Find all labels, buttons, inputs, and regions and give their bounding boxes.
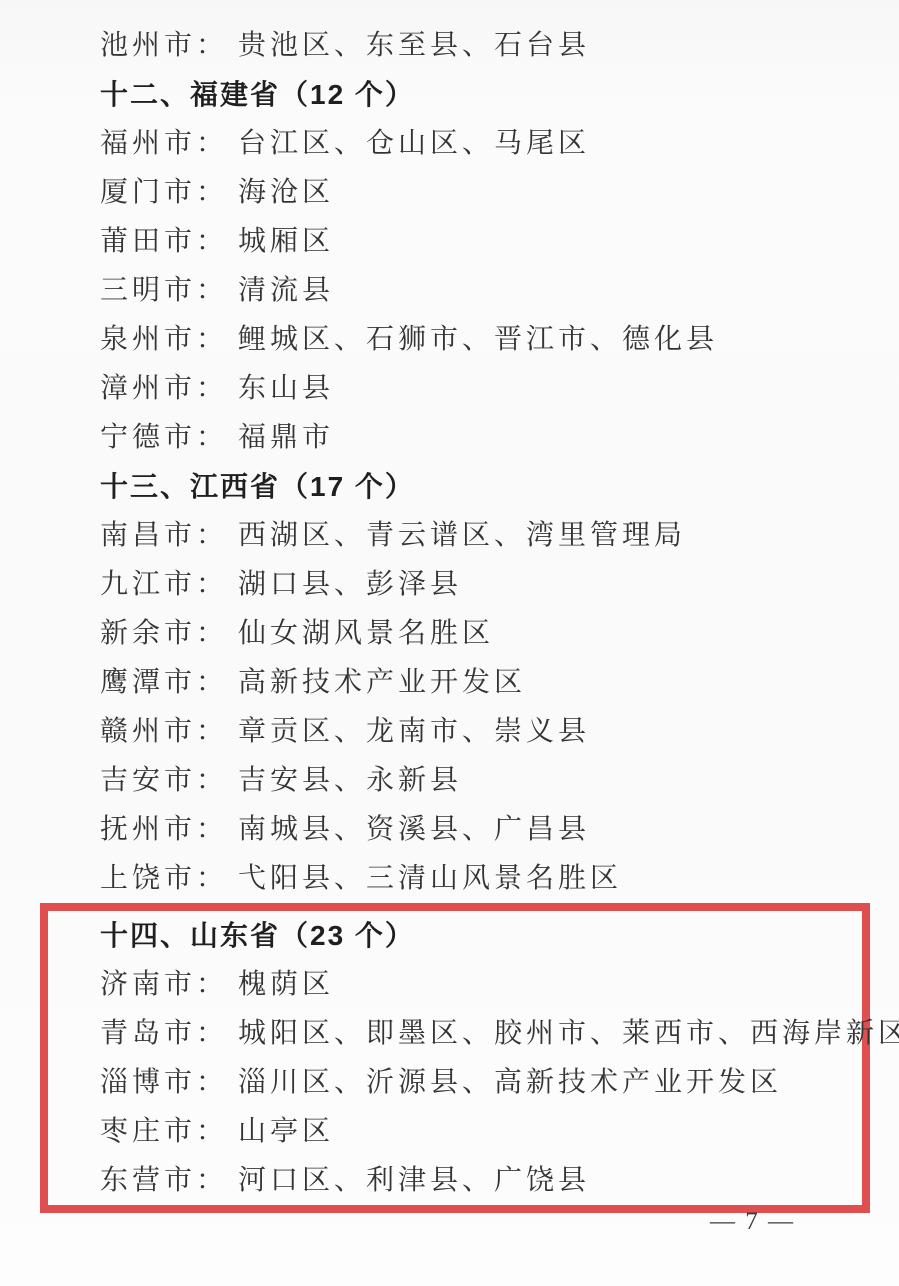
city-name: 东营市：: [100, 1165, 228, 1196]
district-list: 吉安县、永新县: [238, 765, 462, 796]
entry-line: 上饶市：弋阳县、三清山风景名胜区: [100, 854, 899, 903]
entry-line: 抚州市：南城县、资溪县、广昌县: [100, 805, 899, 854]
city-name: 三明市：: [100, 275, 228, 306]
scanned-document-page: 池州市：贵池区、东至县、石台县 十二、福建省（12 个） 福州市：台江区、仓山区…: [0, 0, 899, 1286]
entry-line: 济南市：槐荫区: [100, 960, 862, 1009]
district-list: 章贡区、龙南市、崇义县: [238, 716, 590, 747]
city-name: 青岛市：: [100, 1018, 228, 1049]
city-name: 池州市：: [100, 30, 228, 61]
city-name: 九江市：: [100, 569, 228, 600]
page-number: — 7 —: [710, 1208, 795, 1236]
entry-line: 莆田市：城厢区: [100, 217, 899, 266]
section-heading-fujian: 十二、福建省（12 个）: [100, 70, 899, 119]
city-name: 莆田市：: [100, 226, 228, 257]
entry-line: 泉州市：鲤城区、石狮市、晋江市、德化县: [100, 315, 899, 364]
district-list: 鲤城区、石狮市、晋江市、德化县: [238, 324, 718, 355]
district-list: 仙女湖风景名胜区: [238, 618, 494, 649]
city-name: 枣庄市：: [100, 1116, 228, 1147]
entry-line: 南昌市：西湖区、青云谱区、湾里管理局: [100, 511, 899, 560]
district-list: 湖口县、彭泽县: [238, 569, 462, 600]
entry-line: 宁德市：福鼎市: [100, 413, 899, 462]
red-highlight-box: 十四、山东省（23 个） 济南市：槐荫区 青岛市：城阳区、即墨区、胶州市、莱西市…: [40, 903, 870, 1213]
city-name: 南昌市：: [100, 520, 228, 551]
city-name: 厦门市：: [100, 177, 228, 208]
district-list: 南城县、资溪县、广昌县: [238, 814, 590, 845]
entry-line: 淄博市：淄川区、沂源县、高新技术产业开发区: [100, 1058, 862, 1107]
district-list: 清流县: [238, 275, 334, 306]
district-list: 贵池区、东至县、石台县: [238, 30, 590, 61]
district-list: 高新技术产业开发区: [238, 667, 526, 698]
district-list: 山亭区: [238, 1116, 334, 1147]
entry-line: 厦门市：海沧区: [100, 168, 899, 217]
city-name: 福州市：: [100, 128, 228, 159]
city-name: 赣州市：: [100, 716, 228, 747]
document-content: 池州市：贵池区、东至县、石台县 十二、福建省（12 个） 福州市：台江区、仓山区…: [0, 0, 899, 1213]
district-list: 淄川区、沂源县、高新技术产业开发区: [238, 1067, 782, 1098]
entry-line: 赣州市：章贡区、龙南市、崇义县: [100, 707, 899, 756]
city-name: 泉州市：: [100, 324, 228, 355]
entry-line: 九江市：湖口县、彭泽县: [100, 560, 899, 609]
district-list: 槐荫区: [238, 969, 334, 1000]
city-name: 新余市：: [100, 618, 228, 649]
city-name: 漳州市：: [100, 373, 228, 404]
entry-line: 吉安市：吉安县、永新县: [100, 756, 899, 805]
city-name: 宁德市：: [100, 422, 228, 453]
district-list: 城厢区: [238, 226, 334, 257]
entry-line: 东营市：河口区、利津县、广饶县: [100, 1156, 862, 1205]
city-name: 鹰潭市：: [100, 667, 228, 698]
city-name: 淄博市：: [100, 1067, 228, 1098]
city-name: 上饶市：: [100, 863, 228, 894]
city-name: 抚州市：: [100, 814, 228, 845]
city-name: 济南市：: [100, 969, 228, 1000]
section-heading-shandong: 十四、山东省（23 个）: [100, 911, 862, 960]
district-list: 福鼎市: [238, 422, 334, 453]
entry-line: 池州市：贵池区、东至县、石台县: [100, 21, 899, 70]
district-list: 海沧区: [238, 177, 334, 208]
district-list: 西湖区、青云谱区、湾里管理局: [238, 520, 686, 551]
district-list: 台江区、仓山区、马尾区: [238, 128, 590, 159]
entry-line: 鹰潭市：高新技术产业开发区: [100, 658, 899, 707]
entry-line: 漳州市：东山县: [100, 364, 899, 413]
section-heading-jiangxi: 十三、江西省（17 个）: [100, 462, 899, 511]
entry-line: 枣庄市：山亭区: [100, 1107, 862, 1156]
entry-line: 三明市：清流县: [100, 266, 899, 315]
city-name: 吉安市：: [100, 765, 228, 796]
district-list: 东山县: [238, 373, 334, 404]
entry-line: 福州市：台江区、仓山区、马尾区: [100, 119, 899, 168]
district-list: 城阳区、即墨区、胶州市、莱西市、西海岸新区: [238, 1018, 899, 1049]
entry-line: 新余市：仙女湖风景名胜区: [100, 609, 899, 658]
entry-line: 青岛市：城阳区、即墨区、胶州市、莱西市、西海岸新区: [100, 1009, 862, 1058]
district-list: 河口区、利津县、广饶县: [238, 1165, 590, 1196]
district-list: 弋阳县、三清山风景名胜区: [238, 863, 622, 894]
